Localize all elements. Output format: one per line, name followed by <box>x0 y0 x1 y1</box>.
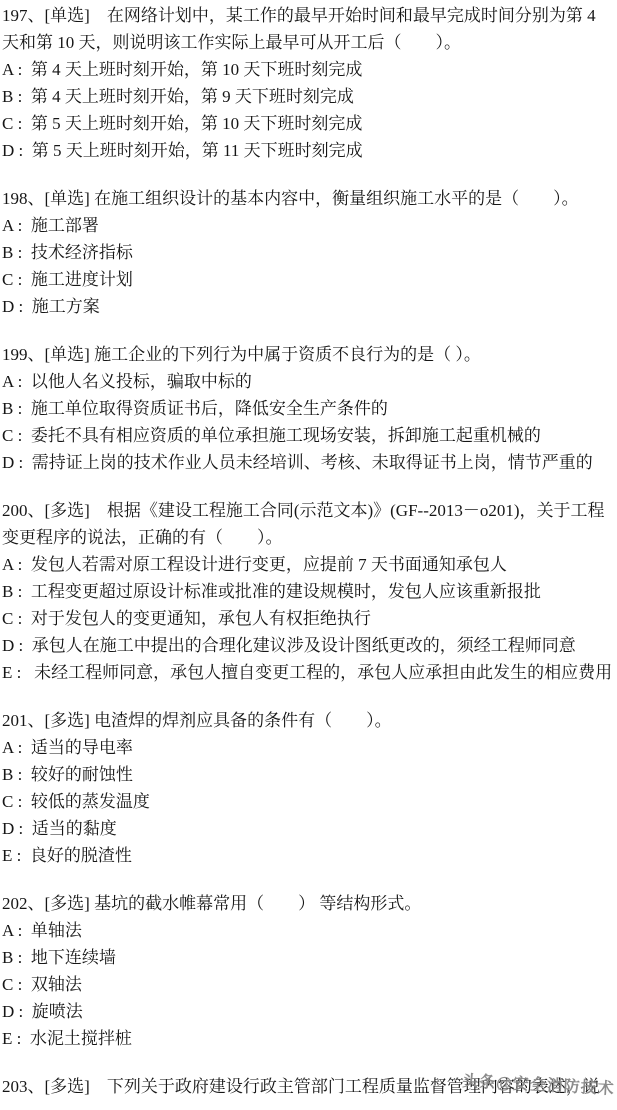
option-separator: : <box>13 399 30 418</box>
option-text: 第 5 天上班时刻开始，第 10 天下班时刻完成 <box>31 114 363 133</box>
question-block: 203、[多选] 下列关于政府建设行政主管部门工程质量监督管理内容的表述，说 <box>2 1073 614 1100</box>
option-text: 未经工程师同意，承包人擅自变更工程的，承包人应承担由此发生的相应费用 <box>30 663 612 682</box>
options-list: A : 施工部署 B : 技术经济指标 C : 施工进度计划 D : 施工方案 <box>2 212 614 320</box>
question-block: 201、[多选] 电渣焊的焊剂应具备的条件有（ ）。 A : 适当的导电率 B … <box>2 707 614 869</box>
option-text: 需持证上岗的技术作业人员未经培训、考核、未取得证书上岗，情节严重的 <box>32 453 593 472</box>
option-row: D : 适当的黏度 <box>2 815 614 842</box>
option-separator: : <box>13 270 30 289</box>
option-separator: : <box>14 453 31 472</box>
option-row: D : 第 5 天上班时刻开始，第 11 天下班时刻完成 <box>2 137 614 164</box>
question-type-tag: [多选] <box>45 501 90 520</box>
option-separator: : <box>13 87 30 106</box>
option-separator: : <box>13 975 30 994</box>
option-letter: D <box>2 453 14 472</box>
question-type-tag: [多选] <box>45 894 90 913</box>
option-row: C : 第 5 天上班时刻开始，第 10 天下班时刻完成 <box>2 110 614 137</box>
option-text: 承包人在施工中提出的合理化建议涉及设计图纸更改的，须经工程师同意 <box>32 636 576 655</box>
question-stem: 根据《建设工程施工合同(示范文本)》(GF--2013－o201)，关于工程变更… <box>2 501 605 547</box>
question-block: 197、[单选] 在网络计划中，某工作的最早开始时间和最早完成时间分别为第 4 … <box>2 2 614 164</box>
option-separator: : <box>14 1002 31 1021</box>
option-row: B : 第 4 天上班时刻开始，第 9 天下班时刻完成 <box>2 83 614 110</box>
option-separator: : <box>14 297 31 316</box>
question-stem-line: 201、[多选] 电渣焊的焊剂应具备的条件有（ ）。 <box>2 707 614 734</box>
question-number: 203、 <box>2 1077 45 1096</box>
question-number: 200、 <box>2 501 45 520</box>
option-text: 第 4 天上班时刻开始，第 9 天下班时刻完成 <box>31 87 354 106</box>
options-list: A : 适当的导电率 B : 较好的耐蚀性 C : 较低的蒸发温度 D : 适当… <box>2 734 614 869</box>
option-text: 较低的蒸发温度 <box>31 792 150 811</box>
question-number: 202、 <box>2 894 45 913</box>
question-stem-line: 200、[多选] 根据《建设工程施工合同(示范文本)》(GF--2013－o20… <box>2 497 614 551</box>
options-list: A : 第 4 天上班时刻开始，第 10 天下班时刻完成 B : 第 4 天上班… <box>2 56 614 164</box>
option-text: 地下连续墙 <box>31 948 116 967</box>
option-text: 施工单位取得资质证书后，降低安全生产条件的 <box>31 399 388 418</box>
option-row: D : 施工方案 <box>2 293 614 320</box>
option-letter: D <box>2 636 14 655</box>
question-stem: 下列关于政府建设行政主管部门工程质量监督管理内容的表述，说 <box>90 1077 600 1096</box>
option-separator: : <box>13 60 30 79</box>
option-text: 水泥土搅拌桩 <box>30 1029 132 1048</box>
question-type-tag: [多选] <box>45 711 90 730</box>
option-text: 单轴法 <box>31 921 82 940</box>
question-stem-line: 202、[多选] 基坑的截水帷幕常用（ ） 等结构形式。 <box>2 890 614 917</box>
option-separator: : <box>12 1029 29 1048</box>
option-row: E : 水泥土搅拌桩 <box>2 1025 614 1052</box>
option-text: 适当的导电率 <box>31 738 133 757</box>
option-row: E : 未经工程师同意，承包人擅自变更工程的，承包人应承担由此发生的相应费用 <box>2 659 614 686</box>
question-type-tag: [单选] <box>45 6 90 25</box>
option-letter: A <box>2 555 13 574</box>
option-letter: B <box>2 765 13 784</box>
question-number: 198、 <box>2 189 45 208</box>
question-type-tag: [多选] <box>45 1077 90 1096</box>
option-row: C : 较低的蒸发温度 <box>2 788 614 815</box>
question-list: 197、[单选] 在网络计划中，某工作的最早开始时间和最早完成时间分别为第 4 … <box>2 2 614 1100</box>
question-stem: 施工企业的下列行为中属于资质不良行为的是（ ）。 <box>90 345 481 364</box>
option-letter: C <box>2 609 13 628</box>
option-letter: C <box>2 426 13 445</box>
option-letter: D <box>2 819 14 838</box>
option-text: 委托不具有相应资质的单位承担施工现场安装，拆卸施工起重机械的 <box>31 426 541 445</box>
option-letter: B <box>2 399 13 418</box>
option-letter: E <box>2 846 12 865</box>
option-row: A : 第 4 天上班时刻开始，第 10 天下班时刻完成 <box>2 56 614 83</box>
option-row: C : 委托不具有相应资质的单位承担施工现场安装，拆卸施工起重机械的 <box>2 422 614 449</box>
options-list: A : 以他人名义投标，骗取中标的 B : 施工单位取得资质证书后，降低安全生产… <box>2 368 614 476</box>
options-list: A : 单轴法 B : 地下连续墙 C : 双轴法 D : 旋喷法 E : 水泥… <box>2 917 614 1052</box>
option-row: B : 地下连续墙 <box>2 944 614 971</box>
option-row: E : 良好的脱渣性 <box>2 842 614 869</box>
option-text: 以他人名义投标，骗取中标的 <box>31 372 252 391</box>
question-stem: 在网络计划中，某工作的最早开始时间和最早完成时间分别为第 4 天和第 10 天，… <box>2 6 600 52</box>
question-block: 200、[多选] 根据《建设工程施工合同(示范文本)》(GF--2013－o20… <box>2 497 614 686</box>
option-text: 施工部署 <box>31 216 99 235</box>
option-separator: : <box>13 114 30 133</box>
option-letter: A <box>2 60 13 79</box>
question-number: 201、 <box>2 711 45 730</box>
option-separator: : <box>13 738 30 757</box>
option-row: A : 以他人名义投标，骗取中标的 <box>2 368 614 395</box>
question-block: 198、[单选] 在施工组织设计的基本内容中，衡量组织施工水平的是（ ）。 A … <box>2 185 614 320</box>
option-letter: C <box>2 975 13 994</box>
option-separator: : <box>13 243 30 262</box>
option-separator: : <box>13 948 30 967</box>
question-stem: 电渣焊的焊剂应具备的条件有（ ）。 <box>90 711 392 730</box>
option-separator: : <box>12 846 29 865</box>
option-row: A : 发包人若需对原工程设计进行变更，应提前 7 天书面通知承包人 <box>2 551 614 578</box>
option-letter: E <box>2 663 12 682</box>
option-row: B : 技术经济指标 <box>2 239 614 266</box>
option-row: C : 双轴法 <box>2 971 614 998</box>
option-separator: : <box>13 582 30 601</box>
option-separator: : <box>13 426 30 445</box>
question-stem-line: 203、[多选] 下列关于政府建设行政主管部门工程质量监督管理内容的表述，说 <box>2 1073 614 1100</box>
option-text: 对于发包人的变更通知，承包人有权拒绝执行 <box>31 609 371 628</box>
option-separator: : <box>13 765 30 784</box>
option-letter: D <box>2 141 14 160</box>
question-type-tag: [单选] <box>45 189 90 208</box>
option-row: A : 适当的导电率 <box>2 734 614 761</box>
option-separator: : <box>14 819 31 838</box>
option-separator: : <box>12 663 29 682</box>
option-row: D : 旋喷法 <box>2 998 614 1025</box>
option-text: 施工方案 <box>32 297 100 316</box>
option-separator: : <box>13 792 30 811</box>
option-text: 双轴法 <box>31 975 82 994</box>
option-letter: D <box>2 297 14 316</box>
option-text: 良好的脱渣性 <box>30 846 132 865</box>
option-text: 工程变更超过原设计标准或批准的建设规模时，发包人应该重新报批 <box>31 582 541 601</box>
question-stem-line: 199、[单选] 施工企业的下列行为中属于资质不良行为的是（ ）。 <box>2 341 614 368</box>
option-row: D : 承包人在施工中提出的合理化建议涉及设计图纸更改的，须经工程师同意 <box>2 632 614 659</box>
option-row: B : 较好的耐蚀性 <box>2 761 614 788</box>
option-row: B : 工程变更超过原设计标准或批准的建设规模时，发包人应该重新报批 <box>2 578 614 605</box>
question-block: 199、[单选] 施工企业的下列行为中属于资质不良行为的是（ ）。 A : 以他… <box>2 341 614 476</box>
option-letter: A <box>2 372 13 391</box>
option-text: 适当的黏度 <box>32 819 117 838</box>
option-letter: C <box>2 270 13 289</box>
option-separator: : <box>13 216 30 235</box>
option-text: 第 4 天上班时刻开始，第 10 天下班时刻完成 <box>31 60 363 79</box>
question-stem-line: 197、[单选] 在网络计划中，某工作的最早开始时间和最早完成时间分别为第 4 … <box>2 2 614 56</box>
option-letter: A <box>2 921 13 940</box>
question-number: 199、 <box>2 345 45 364</box>
question-stem: 在施工组织设计的基本内容中，衡量组织施工水平的是（ ）。 <box>90 189 579 208</box>
option-letter: B <box>2 87 13 106</box>
option-text: 技术经济指标 <box>31 243 133 262</box>
question-stem: 基坑的截水帷幕常用（ ） 等结构形式。 <box>90 894 422 913</box>
question-stem-line: 198、[单选] 在施工组织设计的基本内容中，衡量组织施工水平的是（ ）。 <box>2 185 614 212</box>
option-separator: : <box>13 372 30 391</box>
option-row: D : 需持证上岗的技术作业人员未经培训、考核、未取得证书上岗，情节严重的 <box>2 449 614 476</box>
option-row: C : 对于发包人的变更通知，承包人有权拒绝执行 <box>2 605 614 632</box>
option-separator: : <box>14 636 31 655</box>
option-separator: : <box>14 141 31 160</box>
question-number: 197、 <box>2 6 45 25</box>
exam-question-page: 197、[单选] 在网络计划中，某工作的最早开始时间和最早完成时间分别为第 4 … <box>0 0 617 1110</box>
option-letter: B <box>2 243 13 262</box>
option-text: 发包人若需对原工程设计进行变更，应提前 7 天书面通知承包人 <box>31 555 507 574</box>
option-row: A : 施工部署 <box>2 212 614 239</box>
option-letter: A <box>2 216 13 235</box>
option-letter: E <box>2 1029 12 1048</box>
option-letter: B <box>2 948 13 967</box>
option-row: C : 施工进度计划 <box>2 266 614 293</box>
option-letter: C <box>2 114 13 133</box>
option-letter: B <box>2 582 13 601</box>
option-text: 施工进度计划 <box>31 270 133 289</box>
option-row: B : 施工单位取得资质证书后，降低安全生产条件的 <box>2 395 614 422</box>
option-letter: D <box>2 1002 14 1021</box>
option-separator: : <box>13 555 30 574</box>
option-letter: C <box>2 792 13 811</box>
option-separator: : <box>13 609 30 628</box>
option-letter: A <box>2 738 13 757</box>
option-text: 旋喷法 <box>32 1002 83 1021</box>
question-type-tag: [单选] <box>45 345 90 364</box>
options-list: A : 发包人若需对原工程设计进行变更，应提前 7 天书面通知承包人 B : 工… <box>2 551 614 686</box>
question-block: 202、[多选] 基坑的截水帷幕常用（ ） 等结构形式。 A : 单轴法 B :… <box>2 890 614 1052</box>
option-row: A : 单轴法 <box>2 917 614 944</box>
option-separator: : <box>13 921 30 940</box>
option-text: 较好的耐蚀性 <box>31 765 133 784</box>
option-text: 第 5 天上班时刻开始，第 11 天下班时刻完成 <box>32 141 363 160</box>
